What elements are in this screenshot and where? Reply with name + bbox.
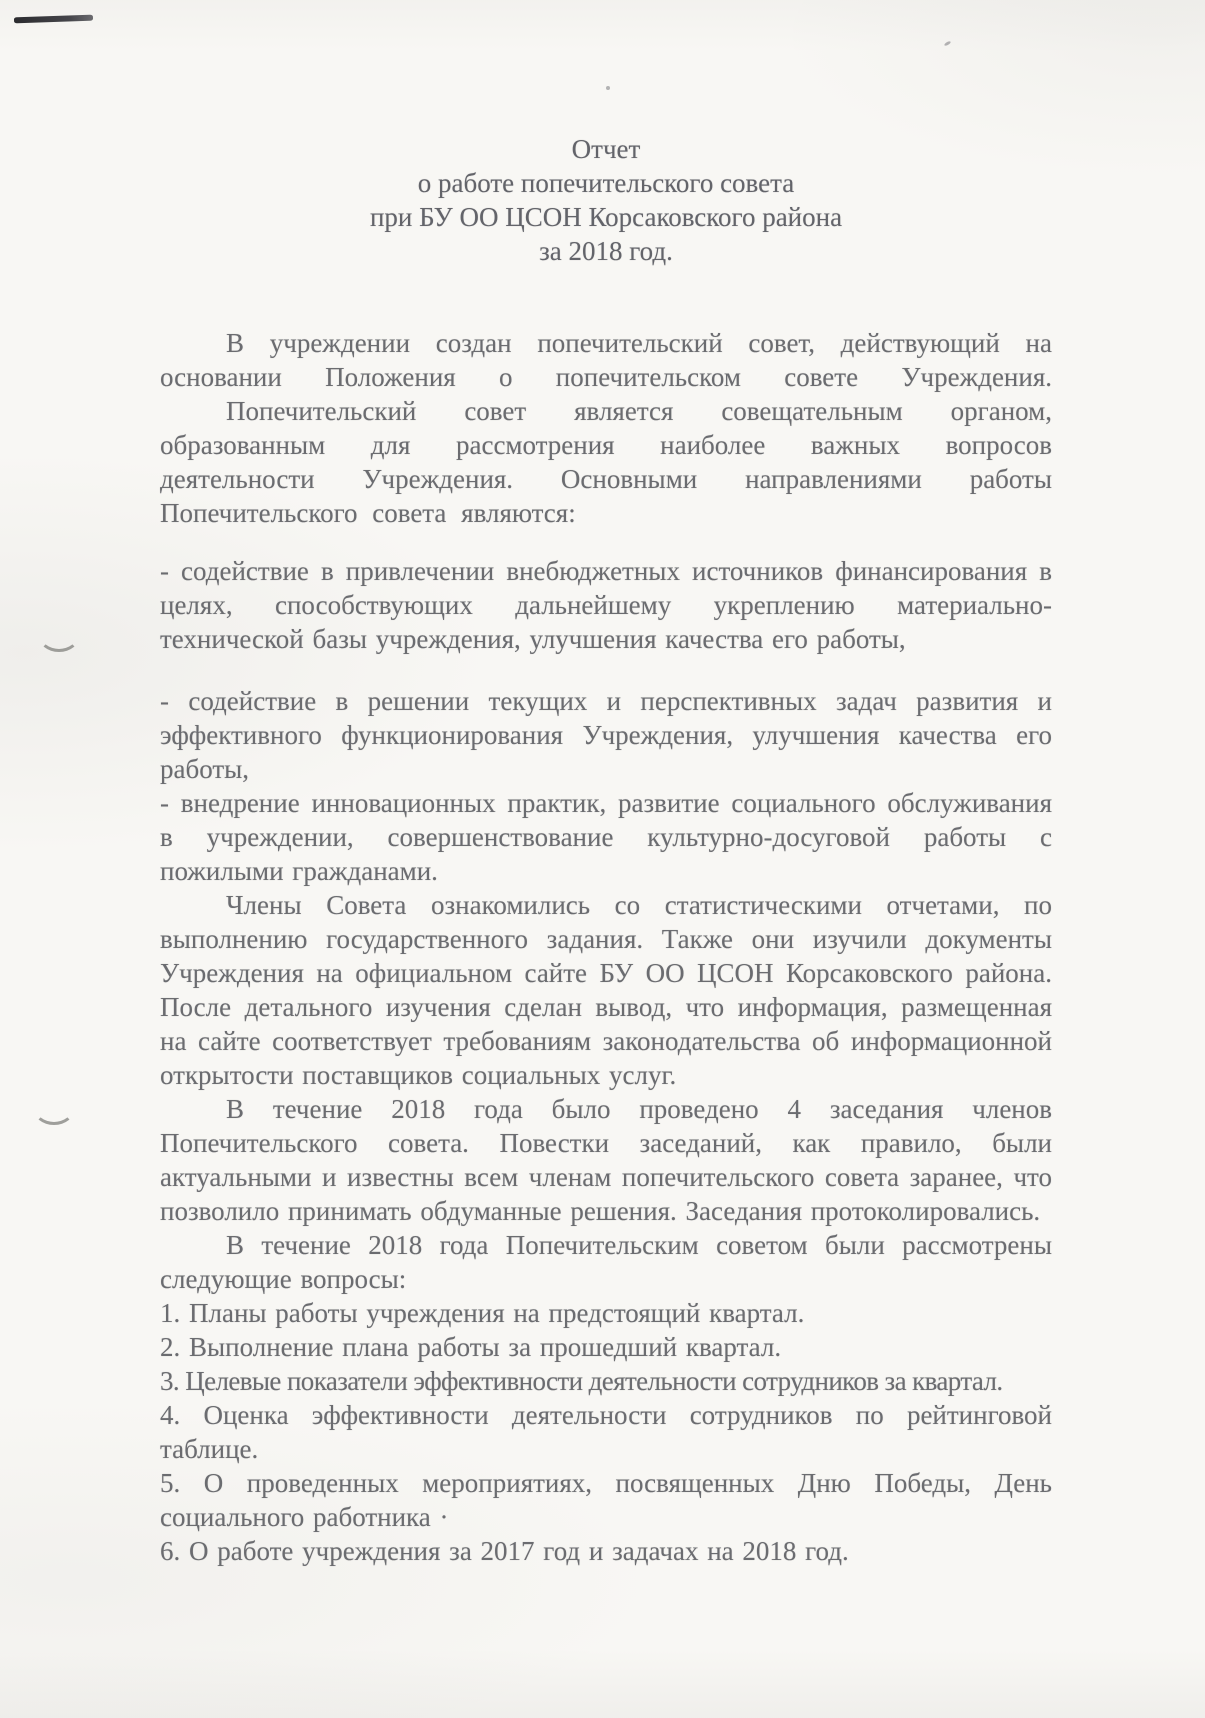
title-line-2: о работе попечительского совета xyxy=(160,166,1052,200)
list-item-4: 4. Оценка эффективности деятельности сот… xyxy=(160,1398,1052,1466)
scan-mark-bar xyxy=(14,15,93,24)
bullet-tasks: - содействие в решении текущих и перспек… xyxy=(160,684,1052,786)
paragraph-intro: В учреждении создан попечительский совет… xyxy=(160,326,1052,394)
scan-mark-arc-bottom xyxy=(33,1091,75,1125)
bullet-funding: - содействие в привлечении внебюджетных … xyxy=(160,554,1052,656)
scan-mark-arc-top xyxy=(38,618,80,652)
document-body: В учреждении создан попечительский совет… xyxy=(160,326,1052,1568)
list-item-2: 2. Выполнение плана работы за прошедший … xyxy=(160,1330,1052,1364)
scan-speck xyxy=(606,86,610,90)
title-line-4: за 2018 год. xyxy=(160,234,1052,268)
list-item-3: 3. Целевые показатели эффективности деят… xyxy=(160,1364,1052,1398)
list-item-5: 5. О проведенных мероприятиях, посвященн… xyxy=(160,1466,1052,1534)
title-line-3: при БУ ОО ЦСОН Корсаковского района xyxy=(160,200,1052,234)
document-title: Отчет о работе попечительского совета пр… xyxy=(160,132,1052,268)
bullet-innovation: - внедрение инновационных практик, разви… xyxy=(160,786,1052,888)
paragraph-council-role: Попечительский совет является совещатель… xyxy=(160,394,1052,530)
paragraph-members-review: Члены Совета ознакомились со статистичес… xyxy=(160,888,1052,1092)
list-item-6: 6. О работе учреждения за 2017 год и зад… xyxy=(160,1534,1052,1568)
paragraph-meetings: В течение 2018 года было проведено 4 зас… xyxy=(160,1092,1052,1228)
scanned-document-page: Отчет о работе попечительского совета пр… xyxy=(0,0,1205,1718)
paragraph-questions-intro: В течение 2018 года Попечительским совет… xyxy=(160,1228,1052,1296)
list-item-1: 1. Планы работы учреждения на предстоящи… xyxy=(160,1296,1052,1330)
scan-speck xyxy=(944,40,952,46)
title-line-1: Отчет xyxy=(160,132,1052,166)
